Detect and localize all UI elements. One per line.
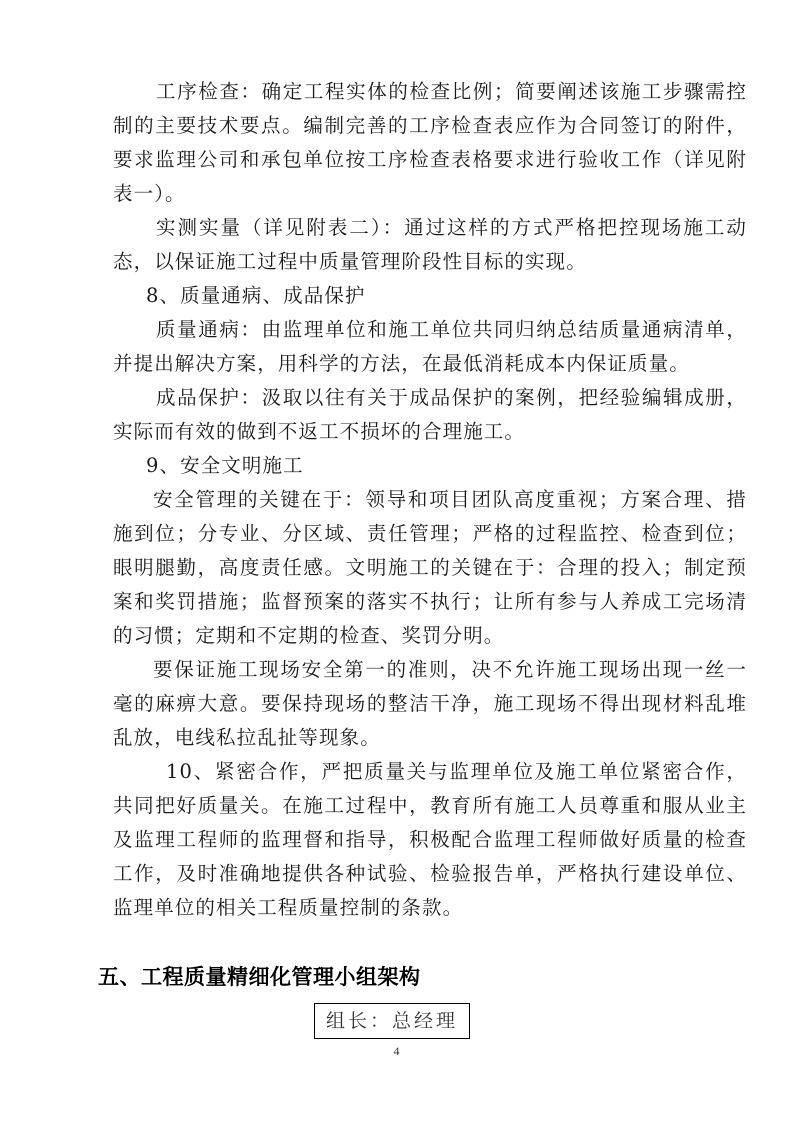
text-line: 乱放，电线私拉乱扯等现象。 [113,726,747,750]
text-line: 成品保护：汲取以往有关于成品保护的案例，把经验编辑成册， [156,386,747,410]
text-line: 实测实量（详见附表二）：通过这样的方式严格把控现场施工动 [156,216,747,240]
section-heading: 五、工程质量精细化管理小组架构 [98,963,421,991]
document-page: 工序检查：确定工程实体的检查比例；简要阐述该施工步骤需控制的主要技术要点。编制完… [0,0,793,1122]
text-line: 工序检查：确定工程实体的检查比例；简要阐述该施工步骤需控 [156,80,747,104]
text-line: 10、紧密合作，严把质量关与监理单位及施工单位紧密合作， [166,760,747,784]
text-line: 态，以保证施工过程中质量管理阶段性目标的实现。 [113,250,747,274]
text-line: 要保证施工现场安全第一的准则，决不允许施工现场出现一丝一 [153,658,747,682]
text-line: 9、安全文明施工 [146,454,747,478]
org-chart-leader-box: 组长：总经理 [314,1003,470,1039]
text-line: 并提出解决方案，用科学的方法，在最低消耗成本内保证质量。 [113,352,747,376]
text-line: 质量通病：由监理单位和施工单位共同归纳总结质量通病清单， [156,318,747,342]
text-line: 眼明腿勤，高度责任感。文明施工的关键在于：合理的投入；制定预 [113,556,747,580]
text-line: 施到位；分专业、分区域、责任管理；严格的过程监控、检查到位； [113,522,747,546]
page-number: 4 [0,1044,793,1059]
text-line: 安全管理的关键在于：领导和项目团队高度重视；方案合理、措 [153,488,747,512]
text-line: 共同把好质量关。在施工过程中，教育所有施工人员尊重和服从业主 [113,794,747,818]
text-line: 毫的麻痹大意。要保持现场的整洁干净，施工现场不得出现材料乱堆 [113,692,747,716]
text-line: 监理单位的相关工程质量控制的条款。 [113,896,747,920]
text-line: 制的主要技术要点。编制完善的工序检查表应作为合同签订的附件， [113,114,747,138]
text-line: 案和奖罚措施；监督预案的落实不执行；让所有参与人养成工完场清 [113,590,747,614]
text-line: 的习惯；定期和不定期的检查、奖罚分明。 [113,624,747,648]
text-line: 要求监理公司和承包单位按工序检查表格要求进行验收工作（详见附 [113,148,747,172]
text-line: 及监理工程师的监理督和指导，积极配合监理工程师做好质量的检查 [113,828,747,852]
text-line: 表一）。 [113,182,747,206]
text-line: 工作，及时准确地提供各种试验、检验报告单，严格执行建设单位、 [113,862,747,886]
text-line: 8、质量通病、成品保护 [146,284,747,308]
text-line: 实际而有效的做到不返工不损坏的合理施工。 [113,420,747,444]
